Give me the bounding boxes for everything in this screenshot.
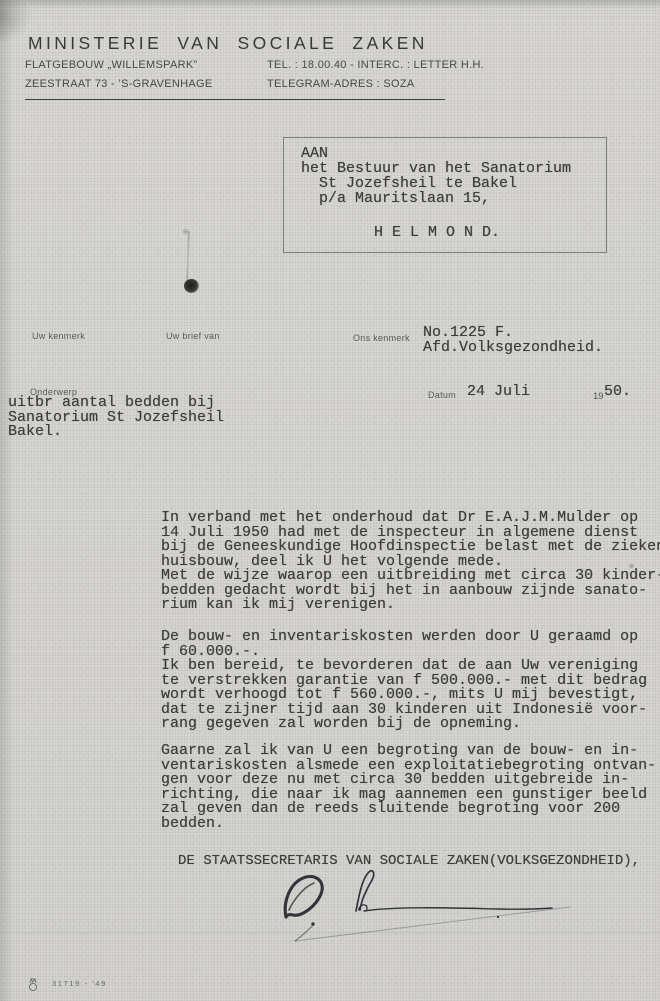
datum-value: 24 Juli [467,385,530,400]
label-ons-kenmerk: Ons kenmerk [353,333,410,343]
crown-printer-mark-icon [26,976,40,993]
onderwerp-value: uitbr aantal bedden bij Sanatorium St Jo… [8,396,224,440]
letterhead-building: FLATGEBOUW „WILLEMSPARK” [25,59,197,71]
letterhead-title: MINISTERIE VAN SOCIALE ZAKEN [28,33,428,54]
scan-artifact-line [0,932,660,933]
ons-kenmerk-value: No.1225 F. Afd.Volksgezondheid. [423,326,603,355]
ink-streak [186,231,190,281]
signature [268,863,580,947]
letter-page: MINISTERIE VAN SOCIALE ZAKEN FLATGEBOUW … [0,0,660,1001]
print-code: 31719 - '49 [52,979,107,988]
datum-year-typed: 50. [604,385,631,400]
ink-blot [184,279,199,293]
letterhead-telephone: TEL. : 18.00.40 - INTERC. : LETTER H.H. [267,59,484,71]
letterhead-telegram: TELEGRAM-ADRES : SOZA [267,78,415,90]
recipient-city: H E L M O N D. [374,226,500,241]
label-uw-kenmerk: Uw kenmerk [32,331,85,341]
letterhead-divider [25,99,445,100]
body-paragraph-3: Gaarne zal ik van U een begroting van de… [161,744,660,831]
body-paragraph-2: De bouw- en inventariskosten werden door… [161,630,660,732]
recipient-address-box: AAN het Bestuur van het Sanatorium St Jo… [283,137,607,253]
letterhead-street: ZEESTRAAT 73 - ’S-GRAVENHAGE [25,78,213,90]
body-paragraph-1: In verband met het onderhoud dat Dr E.A.… [161,511,660,613]
label-uw-brief: Uw brief van [166,331,220,341]
label-datum: Datum [428,390,456,400]
recipient-line3: p/a Mauritslaan 15, [319,192,490,207]
datum-year-preprinted: 19 [593,391,604,402]
